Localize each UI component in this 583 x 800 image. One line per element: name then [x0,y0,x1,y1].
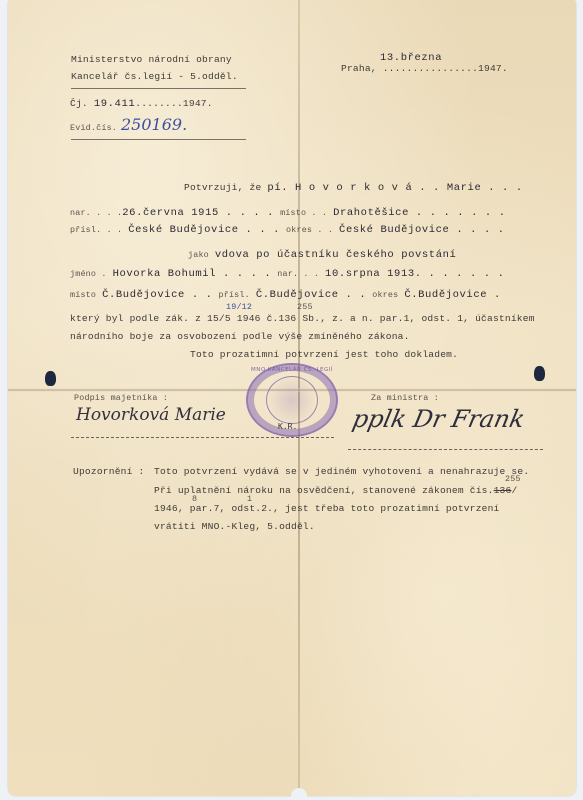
struggle-line: národního boje za osvobození podle výše … [70,331,410,342]
law-line: který byl podle zák. z 15/5 1946 č.136 S… [70,313,535,324]
husband-domicile-label: přísl. [219,290,250,300]
issue-year: 1947. [478,63,508,74]
husband-birth-label: nar. . . [277,269,319,279]
evid-number-handwritten: 250169. [121,115,187,134]
notice-line-1: Toto potvrzení vydává se v jediném vyhot… [154,466,529,477]
stamp-text: MNO KANCELÁŘ ČS. LEGIÍ [248,367,336,373]
husband-name-line: jméno . Hovorka Bohumil . . . . nar. . .… [70,268,504,280]
reference-number: Čj. 19.411........1947. [70,98,213,110]
notice-law-correction: 255 [505,474,521,484]
holder-signature-label: Podpis majetníka : [74,393,168,403]
evid-rule [71,139,246,140]
notice-line-2-text: Při uplatnění nároku na osvědčení, stano… [154,485,494,496]
holder-signature-rule [71,437,334,438]
name-label: jméno . [70,269,107,279]
minister-signature-rule [348,449,543,450]
husband-place-line: místo Č.Budějovice . . přísl. Č.Budějovi… [70,289,501,301]
birth-place-label: místo . . [280,208,327,218]
as-line: jako vdova po účastníku českého povstání [188,249,456,261]
husband-birth-date: 10.srpna 1913. . . . . . . [325,268,504,280]
as-label: jako [188,250,209,260]
confirmed-person-name: pí. H o v o r k o v á . . Marie . . . [267,182,522,194]
status-value: vdova po účastníku českého povstání [215,249,457,261]
issue-dots: ................ [383,63,478,74]
husband-district: Č.Budějovice . [404,289,501,301]
notice-line-4: vrátiti MNO.-Kleg, 5.odděl. [154,521,315,532]
husband-place-label: místo [70,290,96,300]
proof-line: Toto prozatimní potvrzení jest toho dokl… [190,349,458,360]
law-date-correction: 19/12 [226,302,252,312]
confirm-label: Potvrzuji, že [184,182,261,193]
district-value: České Budějovice . . . . [339,224,505,236]
evid-label: Evid.čís. [70,123,117,133]
bottom-notch [291,788,307,798]
notice-line-2: Při uplatnění nároku na osvědčení, stano… [154,485,517,496]
cj-dots: ........ [135,98,183,109]
punch-hole-right [534,366,545,381]
document-page: Ministerstvo národní obrany Kancelář čs.… [8,0,576,796]
domicile-label: přísl. . . [70,225,122,235]
official-stamp: MNO KANCELÁŘ ČS. LEGIÍ K.R. [246,363,338,437]
law-number-correction: 255 [297,302,313,312]
birth-label: nar. . . . [70,208,122,218]
stamp-emblem [266,376,318,424]
ministry-name: Ministerstvo národní obrany [71,54,232,65]
domicile-value: České Budějovice . . . [128,224,280,236]
cj-label: Čj. [70,98,88,109]
cj-year: 1947. [183,98,213,109]
issue-place-line: Praha, ................1947. [341,63,508,74]
issue-place: Praha, [341,63,377,74]
district-label: okres . . [286,225,333,235]
punch-hole-left [45,371,56,386]
husband-name: Hovorka Bohumil . . . . [113,268,272,280]
husband-domicile: Č.Budějovice . . [256,289,366,301]
birth-date: 26.června 1915 . . . . [122,207,274,219]
husband-district-label: okres [372,290,398,300]
notice-struck-number: 136 [494,485,512,496]
husband-place: Č.Budějovice . . [102,289,212,301]
stamp-initials: K.R. [278,422,297,431]
birth-place: Drahotěšice . . . . . . . [333,207,506,219]
cj-number: 19.411 [94,98,135,110]
notice-label: Upozornění : [73,466,145,477]
confirm-line: Potvrzuji, že pí. H o v o r k o v á . . … [184,182,523,194]
domicile-line: přísl. . . České Budějovice . . . okres … [70,224,505,236]
ministry-department: Kancelář čs.legií - 5.odděl. [71,71,238,82]
header-rule [71,88,246,89]
holder-signature: Hovorková Marie [76,405,226,425]
minister-signature-label: Za ministra : [371,393,439,403]
notice-line-3: 1946, par.7, odst.2., jest třeba toto pr… [154,503,500,514]
birth-line: nar. . . .26.června 1915 . . . . místo .… [70,207,506,219]
minister-signature: pplk Dr Frank [350,405,527,433]
